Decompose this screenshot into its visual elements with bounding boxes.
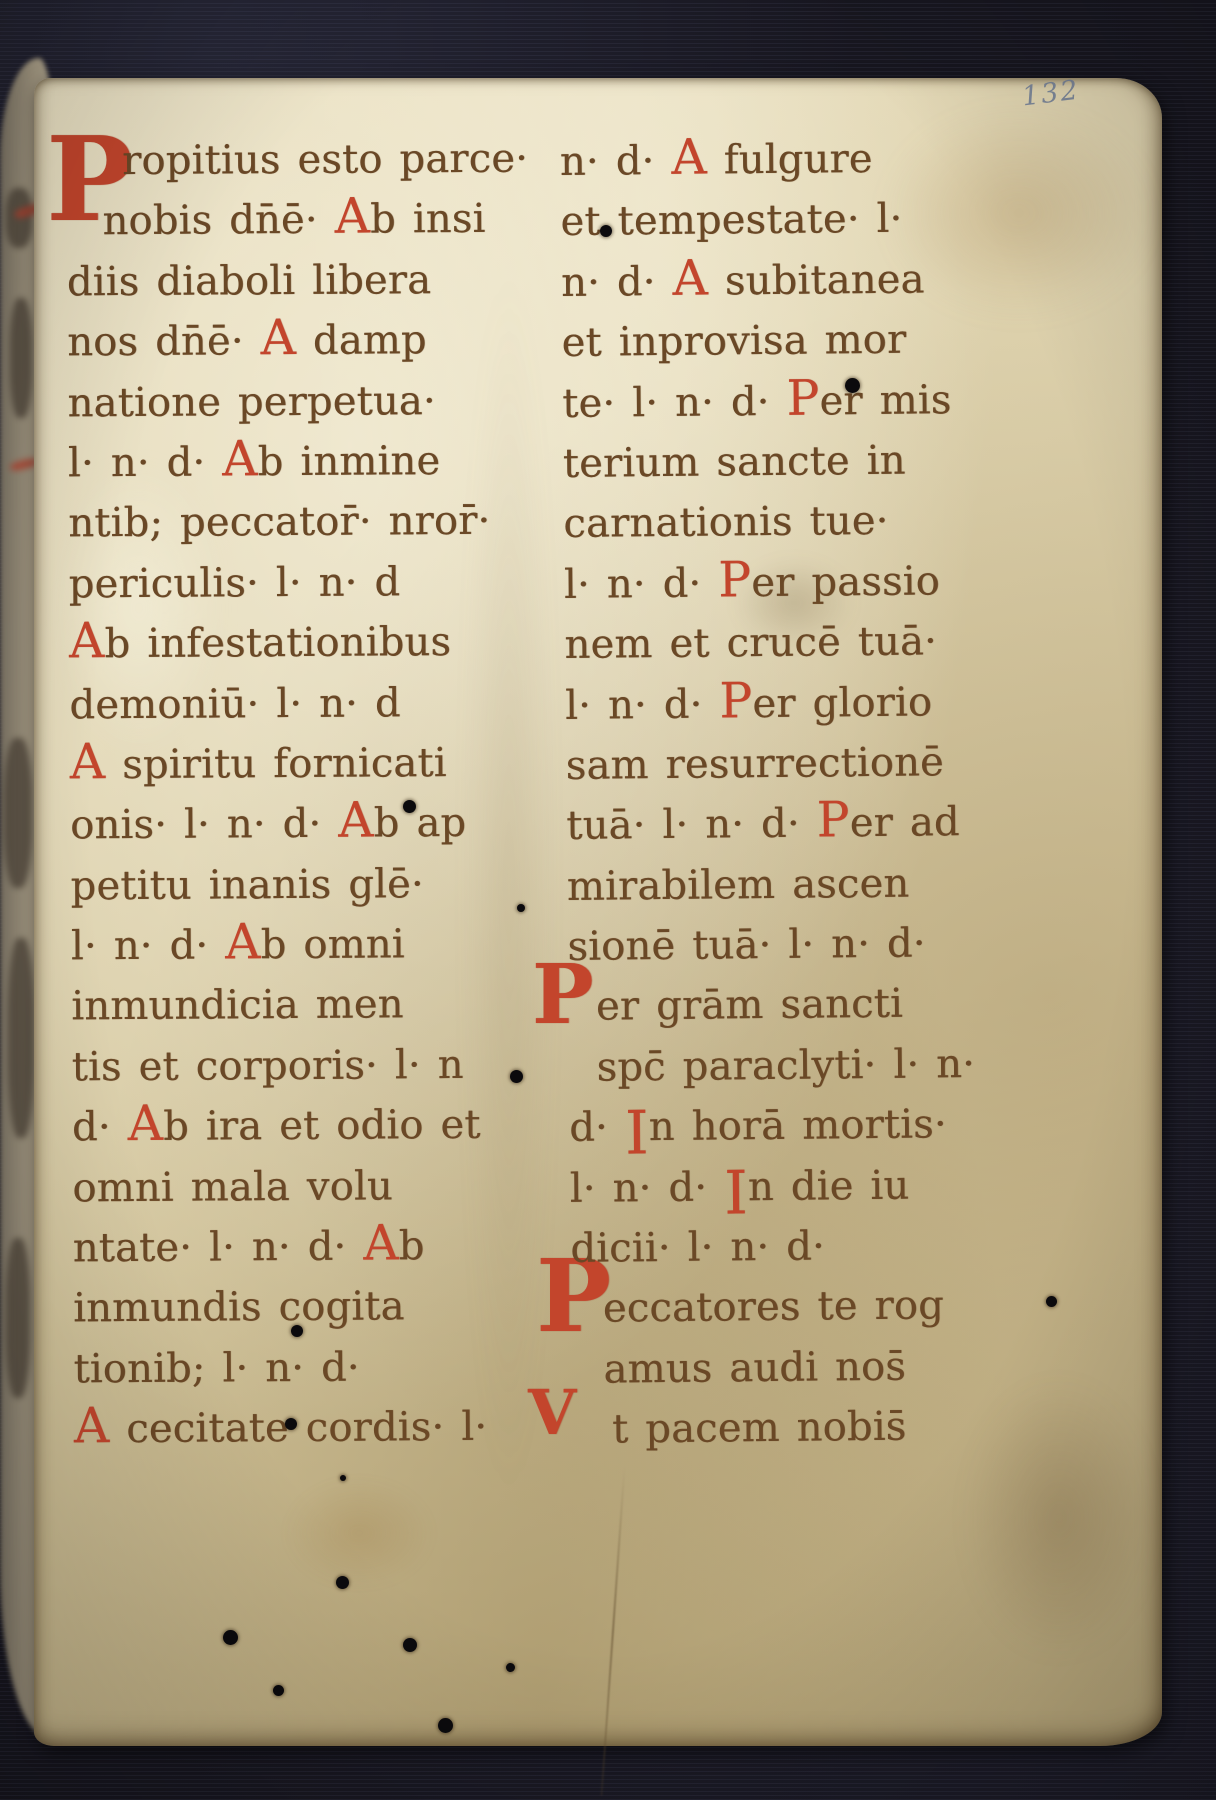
ink-text: er mis bbox=[819, 377, 951, 424]
manuscript-text-line: ropitius esto parce· bbox=[66, 129, 528, 192]
manuscript-text-line: d· In horā mortis· bbox=[569, 1094, 976, 1158]
manuscript-text-line: natione perpetua· bbox=[67, 370, 529, 433]
rubricated-initial: P bbox=[718, 551, 752, 608]
manuscript-text-line: sam resurrectionē bbox=[565, 732, 972, 796]
manuscript-text-line: et inprovisa mor bbox=[561, 309, 968, 373]
ink-text: omni mala volu bbox=[72, 1163, 393, 1211]
manuscript-text-line: carnationis tue· bbox=[563, 490, 970, 554]
stain bbox=[964, 1378, 1154, 1658]
ink-text: tuā· l· n· d· bbox=[566, 801, 817, 849]
manuscript-text-line: mirabilem ascen bbox=[567, 853, 974, 917]
ink-text: sam resurrectionē bbox=[565, 739, 944, 789]
manuscript-text-line: nobis dn̄ē· Ab insi bbox=[66, 189, 528, 252]
rubricated-initial: A bbox=[222, 430, 258, 487]
rubricated-initial: A bbox=[338, 792, 374, 849]
manuscript-text-line: l· n· d· Per glorio bbox=[565, 672, 972, 736]
manuscript-text-line: onis· l· n· d· Ab ap bbox=[70, 793, 532, 856]
wormhole bbox=[285, 1418, 297, 1430]
manuscript-text-line: omni mala volu bbox=[72, 1155, 534, 1218]
ink-text: er passio bbox=[751, 558, 940, 606]
ink-text: et inprovisa mor bbox=[561, 317, 906, 366]
ink-text: inmundis cogita bbox=[73, 1284, 405, 1332]
ink-text: er glorio bbox=[752, 679, 932, 727]
ink-text: b insi bbox=[370, 196, 486, 243]
rubricated-initial: A bbox=[70, 733, 106, 790]
manuscript-text-line: l· n· d· In die iu bbox=[569, 1155, 976, 1219]
manuscript-text-line: A cecitate cordis· l· bbox=[74, 1397, 536, 1460]
text-column-right: n· d· A fulgureet tempestate· l·n· d· A … bbox=[560, 128, 979, 1460]
manuscript-text-line: l· n· d· Ab omni bbox=[71, 914, 533, 977]
faded-text-marks bbox=[6, 1238, 30, 1398]
ink-text: nem et crucē tuā· bbox=[564, 619, 937, 669]
wormhole bbox=[273, 1685, 284, 1696]
manuscript-text-line: nem et crucē tuā· bbox=[564, 611, 971, 675]
manuscript-text-line: A spiritu fornicati bbox=[70, 732, 532, 795]
ink-text: d· bbox=[569, 1105, 625, 1152]
wormhole bbox=[600, 225, 612, 237]
faded-text-marks bbox=[8, 938, 34, 1138]
ink-text: dicii· l· n· d· bbox=[570, 1224, 825, 1272]
ink-text: n· d· bbox=[560, 138, 672, 185]
manuscript-text-line: eccatores te rog bbox=[571, 1275, 978, 1339]
ink-text: b inmine bbox=[258, 438, 441, 485]
rubricated-initial: A bbox=[672, 249, 708, 306]
ink-text: subitanea bbox=[708, 256, 925, 304]
ink-text: te· l· n· d· bbox=[562, 378, 787, 426]
ink-text: fulgure bbox=[707, 136, 873, 184]
ink-text: ntate· l· n· d· bbox=[73, 1224, 364, 1272]
ink-text: demoniū· l· n· d bbox=[69, 680, 401, 728]
manuscript-text-line: terium sancte in bbox=[563, 430, 970, 494]
manuscript-text-line: inmundicia men bbox=[71, 974, 533, 1037]
manuscript-text-line: tionib; l· n· d· bbox=[73, 1336, 535, 1399]
ink-text: tionib; l· n· d· bbox=[73, 1344, 360, 1392]
manuscript-text-line: diis diaboli libera bbox=[67, 249, 529, 312]
rubricated-initial: A bbox=[363, 1214, 399, 1271]
ink-text: mirabilem ascen bbox=[567, 860, 910, 909]
manuscript-text-line: sionē tuā· l· n· d· bbox=[567, 913, 974, 977]
ink-text: damp bbox=[296, 317, 427, 364]
manuscript-text-line: amus audi nos̄ bbox=[571, 1336, 978, 1400]
ink-text: nos dn̄ē· bbox=[67, 318, 261, 365]
faded-text-marks bbox=[10, 298, 32, 418]
ink-text: eccatores te rog bbox=[603, 1283, 944, 1332]
manuscript-text-line: spc̄ paraclyti· l· n· bbox=[568, 1034, 975, 1098]
ink-text: ntib; peccator̄· nror̄· bbox=[68, 498, 490, 547]
wormhole bbox=[336, 1576, 349, 1589]
ink-text: n horā mortis· bbox=[649, 1102, 947, 1151]
rubricated-initial: P bbox=[816, 792, 850, 849]
ink-text: periculis· l· n· d bbox=[69, 559, 401, 607]
manuscript-text-line: tis et corporis· l· n bbox=[71, 1034, 533, 1097]
manuscript-text-line: inmundis cogita bbox=[73, 1276, 535, 1339]
ink-text: l· n· d· bbox=[565, 681, 720, 728]
manuscript-text-line: ntib; peccator̄· nror̄· bbox=[68, 491, 530, 554]
wormhole bbox=[438, 1718, 453, 1733]
manuscript-text-line: petitu inanis glē· bbox=[70, 853, 532, 916]
manuscript-text-line: Ab infestationibus bbox=[69, 612, 531, 675]
ink-text: er grām sancti bbox=[596, 981, 903, 1030]
ink-text: er ad bbox=[849, 799, 959, 846]
wormhole bbox=[1046, 1296, 1057, 1307]
ink-text: l· n· d· bbox=[68, 439, 223, 486]
rubricated-initial: A bbox=[74, 1397, 110, 1454]
wormhole bbox=[403, 800, 416, 813]
rubricated-initial: P bbox=[719, 672, 753, 729]
ink-text: l· n· d· bbox=[71, 923, 226, 970]
manuscript-text-line: dicii· l· n· d· bbox=[570, 1215, 977, 1279]
ink-text: b infestationibus bbox=[104, 619, 451, 667]
wormhole bbox=[403, 1638, 417, 1652]
ink-text: spc̄ paraclyti· l· n· bbox=[596, 1041, 975, 1091]
ink-text: cecitate cordis· l· bbox=[109, 1404, 487, 1452]
manuscript-text-line: te· l· n· d· Per mis bbox=[562, 370, 969, 434]
rubricated-initial: P bbox=[786, 369, 820, 426]
manuscript-text-line: l· n· d· Ab inmine bbox=[68, 431, 530, 494]
manuscript-text-line: er grām sancti bbox=[568, 974, 975, 1038]
manuscript-text-line: tuā· l· n· d· Per ad bbox=[566, 792, 973, 856]
ink-text: l· n· d· bbox=[564, 560, 719, 607]
manuscript-text-line: d· Ab ira et odio et bbox=[72, 1095, 534, 1158]
wormhole bbox=[510, 1070, 523, 1083]
ink-text: inmundicia men bbox=[71, 982, 404, 1030]
wormhole bbox=[223, 1630, 238, 1645]
rubricated-initial: A bbox=[260, 309, 296, 366]
ink-text: ropitius esto parce· bbox=[122, 136, 528, 184]
folio-number: 132 bbox=[1020, 75, 1081, 113]
ink-text: n· d· bbox=[561, 259, 673, 306]
manuscript-text-line: l· n· d· Per passio bbox=[564, 551, 971, 615]
manuscript-text-line: nos dn̄ē· A damp bbox=[67, 310, 529, 373]
ink-text: d· bbox=[72, 1104, 128, 1150]
rubricated-initial: A bbox=[69, 612, 105, 669]
ink-text: b ira et odio et bbox=[163, 1102, 481, 1150]
stain bbox=[284, 1478, 434, 1588]
manuscript-text-line: demoniū· l· n· d bbox=[69, 672, 531, 735]
ink-text: n die iu bbox=[748, 1162, 910, 1210]
ink-text: onis· l· n· d· bbox=[70, 801, 338, 849]
ink-text: diis diaboli libera bbox=[67, 257, 432, 305]
ink-text: b bbox=[399, 1223, 425, 1269]
ink-text: nobis dn̄ē· bbox=[102, 197, 334, 244]
rubricated-initial: A bbox=[127, 1095, 163, 1152]
wormhole bbox=[506, 1663, 515, 1672]
rubricated-initial: A bbox=[225, 913, 261, 970]
manuscript-page: 132 P P P V ropitius esto parce·nobis dn… bbox=[34, 78, 1162, 1746]
manuscript-photograph: 132 P P P V ropitius esto parce·nobis dn… bbox=[0, 0, 1216, 1800]
manuscript-text-line: ntate· l· n· d· Ab bbox=[73, 1216, 535, 1279]
wormhole bbox=[340, 1475, 346, 1481]
ink-text: tis et corporis· l· n bbox=[72, 1042, 464, 1090]
ink-text: b omni bbox=[260, 921, 404, 968]
ink-text: petitu inanis glē· bbox=[70, 861, 424, 909]
manuscript-text-line: et tempestate· l· bbox=[560, 188, 967, 252]
faded-text-marks bbox=[4, 738, 32, 888]
manuscript-text-line: periculis· l· n· d bbox=[69, 551, 531, 614]
rubricated-initial: A bbox=[671, 129, 707, 186]
manuscript-text-line: n· d· A fulgure bbox=[560, 128, 967, 192]
ink-text: spiritu fornicati bbox=[105, 740, 447, 788]
wormhole bbox=[517, 904, 525, 912]
ink-text: t pacem nobis̄ bbox=[612, 1404, 907, 1453]
rubricated-initial: A bbox=[334, 188, 370, 245]
ink-text: et tempestate· l· bbox=[560, 196, 902, 245]
manuscript-text-line: n· d· A subitanea bbox=[561, 249, 968, 313]
ink-text: l· n· d· bbox=[570, 1164, 725, 1211]
ink-text: terium sancte in bbox=[563, 438, 906, 487]
text-column-left: ropitius esto parce·nobis dn̄ē· Ab insi… bbox=[66, 129, 536, 1460]
ink-text: amus audi nos̄ bbox=[603, 1344, 906, 1393]
wormhole bbox=[291, 1325, 303, 1337]
ink-text: sionē tuā· l· n· d· bbox=[567, 921, 926, 970]
ink-text: b ap bbox=[374, 800, 467, 847]
ink-text: carnationis tue· bbox=[563, 498, 889, 547]
ink-text: natione perpetua· bbox=[67, 378, 435, 426]
manuscript-text-line: t pacem nobis̄ bbox=[572, 1396, 979, 1460]
wormhole bbox=[845, 378, 860, 393]
